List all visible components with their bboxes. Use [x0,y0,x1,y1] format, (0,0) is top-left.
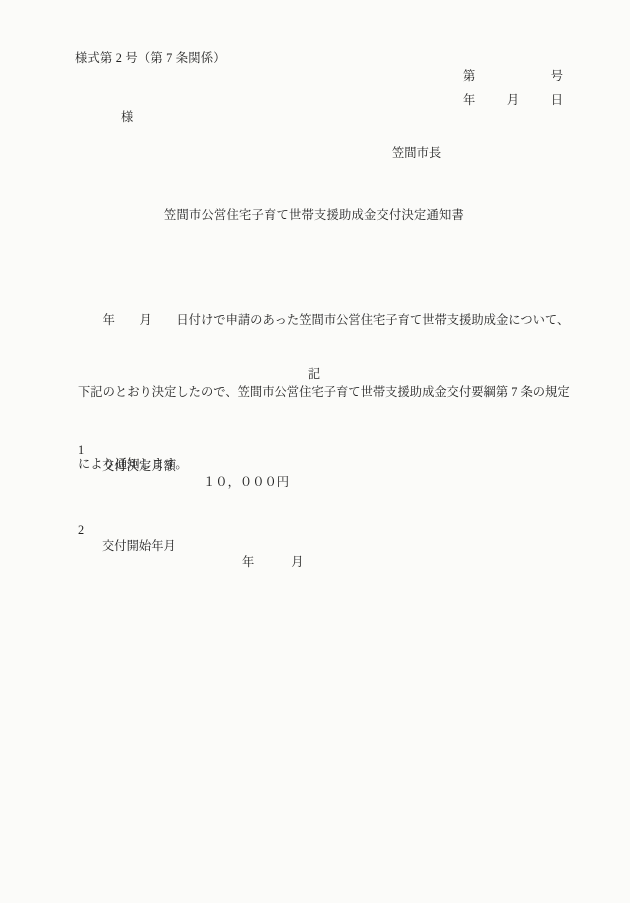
doc-number-line: 第 号 [463,68,563,84]
item-1-label: 交付決定月額 [102,458,176,474]
item-2-number: 2 [78,522,84,538]
item-row-2: 2 交付開始年月 年 月 [0,506,630,522]
body-line-1: 年 月 日付けで申請のあった笠間市公営住宅子育て世帯支援助成金について、 [78,308,568,332]
sender-title: 笠間市長 [392,145,441,161]
date-year-label: 年 [463,92,475,108]
date-day-label: 日 [551,92,563,108]
body-line-2: 下記のとおり決定したので、笠間市公営住宅子育て世帯支援助成金交付要綱第 7 条の… [78,380,568,404]
document-page: 様式第 2 号（第 7 条関係） 第 号 年 月 日 様 笠間市長 笠間市公営住… [0,0,630,903]
addressee-honorific: 様 [121,109,133,125]
item-1-value: １０，０００円 [203,474,289,490]
doc-number-prefix: 第 [463,68,475,84]
item-2-value: 年 月 [242,554,304,570]
form-number: 様式第 2 号（第 7 条関係） [75,50,226,66]
record-marker: 記 [75,366,553,382]
body-paragraph: 年 月 日付けで申請のあった笠間市公営住宅子育て世帯支援助成金について、 下記の… [78,260,568,524]
item-row-1: 1 交付決定月額 １０，０００円 [0,426,630,442]
doc-number-suffix: 号 [551,68,563,84]
date-line: 年 月 日 [463,92,563,108]
date-month-label: 月 [507,92,519,108]
item-2-label: 交付開始年月 [102,538,176,554]
item-1-number: 1 [78,442,84,458]
document-title: 笠間市公営住宅子育て世帯支援助成金交付決定通知書 [75,207,553,223]
